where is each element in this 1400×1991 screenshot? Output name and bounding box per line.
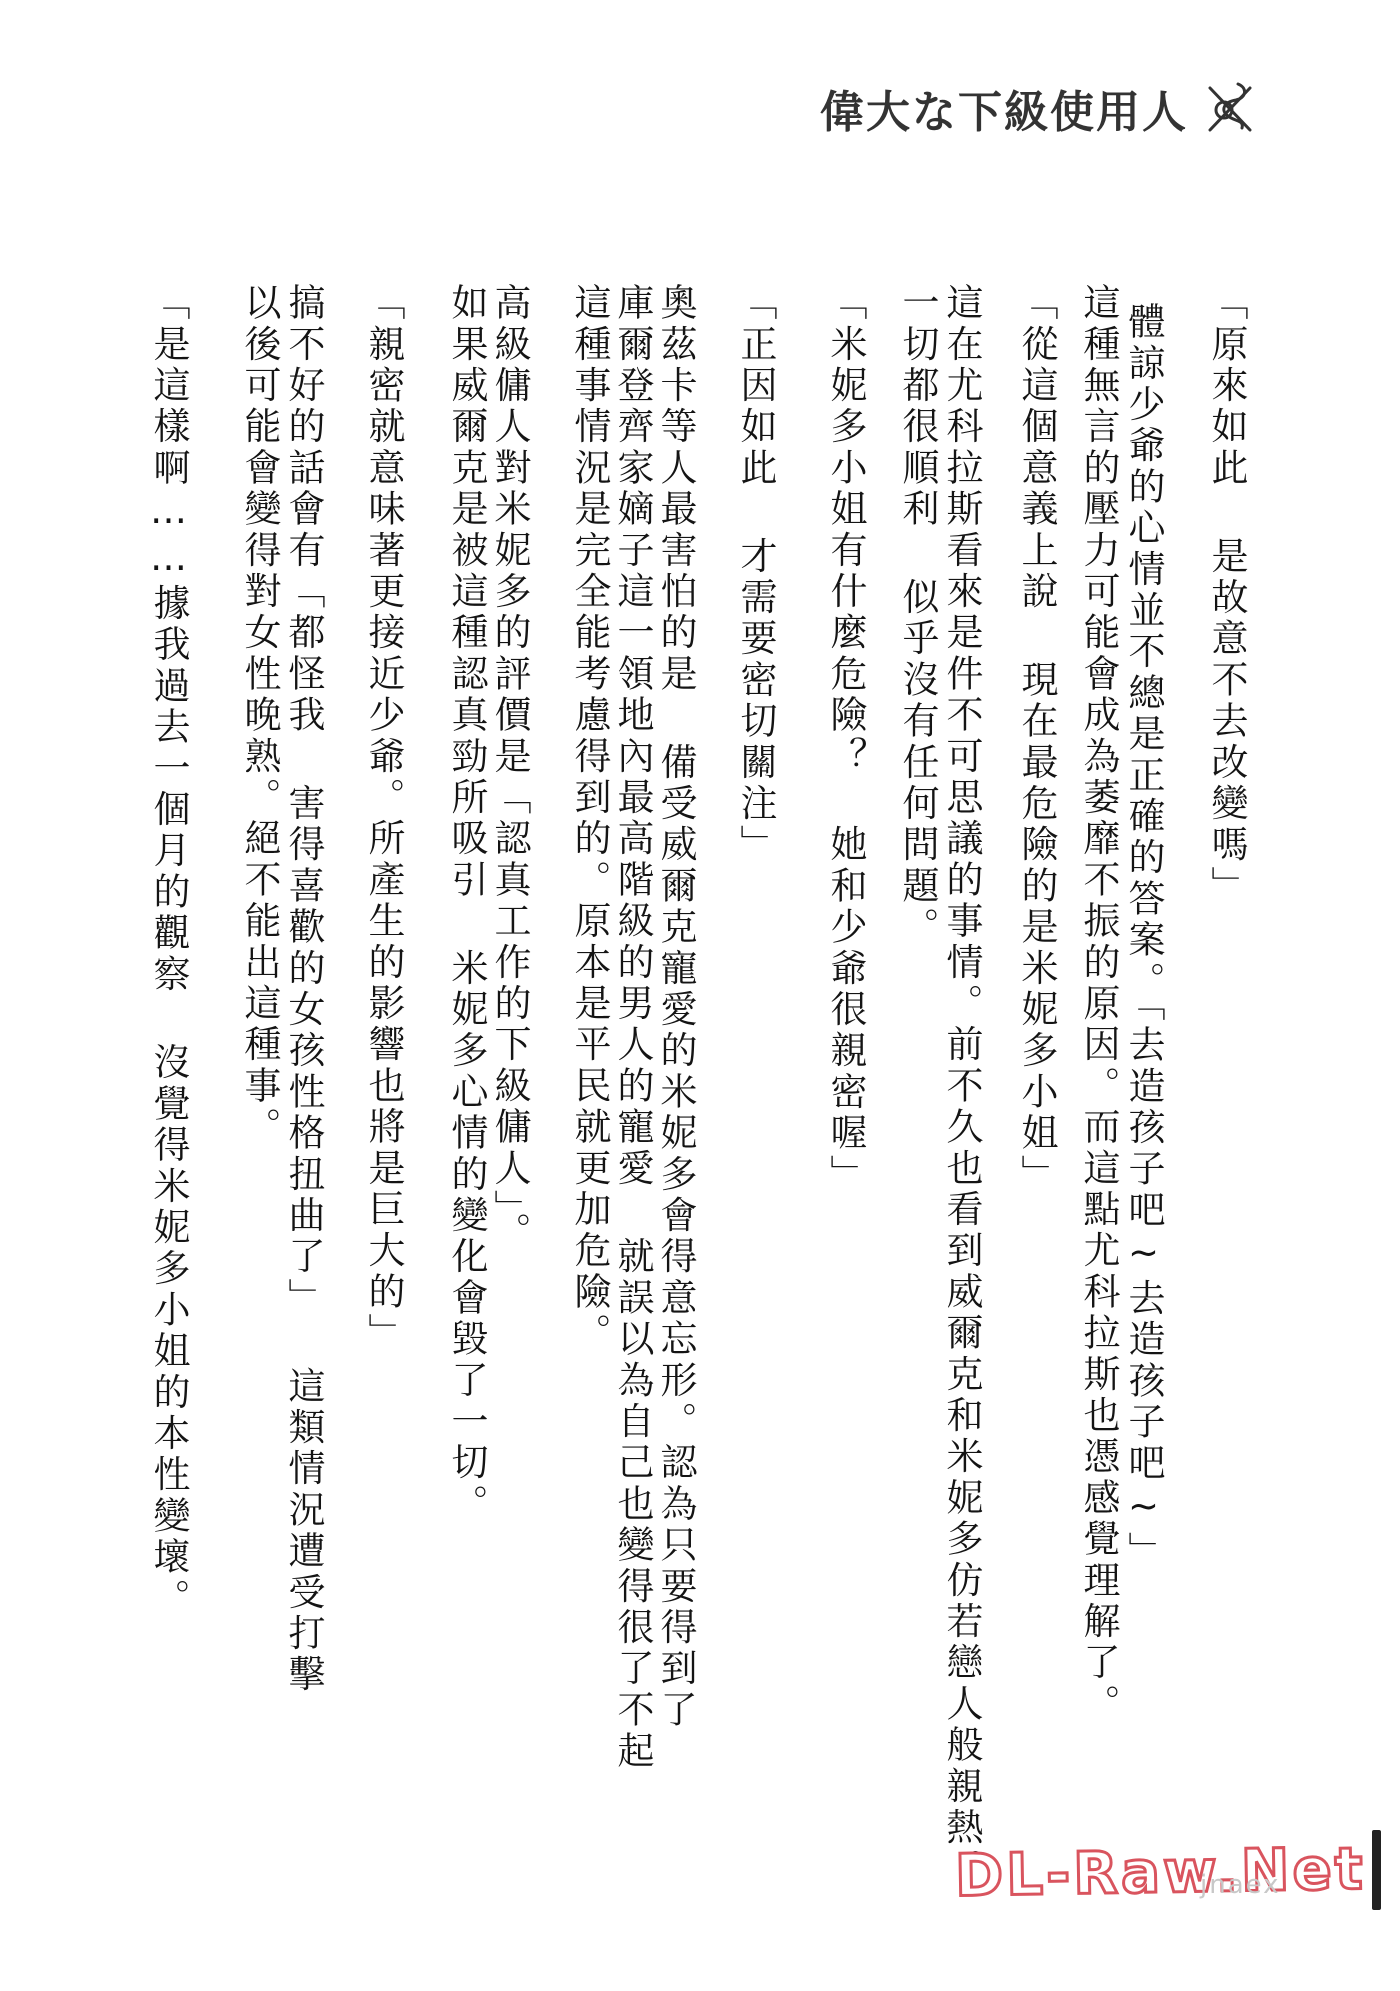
page-header: 偉大な下級使用人 (820, 78, 1258, 138)
text-column: 高級傭人對米妮多的評價是「認真工作的下級傭人」。 (491, 283, 528, 1253)
text-column: 這在尤科拉斯看來是件不可思議的事情。前不久也看到威爾克和米妮多仿若戀人般親熱。 (943, 283, 980, 1890)
page-title: 偉大な下級使用人 (820, 76, 1188, 140)
text-column: 「米妮多小姐有什麼危險？ 她和少爺很親密喔」 (827, 283, 864, 1195)
text-column: 「是這樣啊……據我過去一個月的觀察 沒覺得米妮多小姐的本性變壞。 (150, 283, 187, 1619)
watermark-sub-logo: jnaex (1200, 1870, 1281, 1900)
text-column: 一切都很順利 似乎沒有任何問題。 (899, 283, 936, 948)
text-column: 這種無言的壓力可能會成為萎靡不振的原因。而這點尤科拉斯也憑感覺理解了。 (1080, 283, 1117, 1725)
text-column: 這種事情況是完全能考慮得到的。原本是平民就更加危險。 (571, 283, 608, 1354)
page-edge-mark (1372, 1830, 1381, 1910)
text-column: 體諒少爺的心情並不總是正確的答案。「去造孩子吧~去造孩子吧~」 (1125, 302, 1162, 1573)
text-column: 「親密就意味著更接近少爺。所產生的影響也將是巨大的」 (365, 283, 402, 1354)
text-column: 搞不好的話會有「都怪我 害得喜歡的女孩性格扭曲了」 這類情況遭受打擊 (285, 283, 322, 1696)
text-column: 以後可能會變得對女性晚熟。絕不能出這種事。 (241, 283, 278, 1148)
text-column: 「正因如此 才需要密切關注」 (737, 283, 774, 866)
text-column: 庫爾登齊家嫡子這一領地內最高階級的男人的寵愛 就誤以為自己也變得很了不起 (614, 283, 651, 1772)
text-column: 「原來如此 是故意不去改變嗎」 (1208, 283, 1245, 907)
crossed-swords-snake-emblem-icon (1202, 80, 1258, 136)
text-column: 「從這個意義上說 現在最危險的是米妮多小姐」 (1018, 283, 1055, 1195)
text-column: 奧茲卡等人最害怕的是 備受威爾克寵愛的米妮多會得意忘形。認為只要得到了 (657, 283, 694, 1731)
watermark-logo: DL-Raw.Net (954, 1834, 1366, 1909)
text-column: 如果威爾克是被這種認真勁所吸引 米妮多心情的變化會毀了一切。 (448, 283, 485, 1525)
